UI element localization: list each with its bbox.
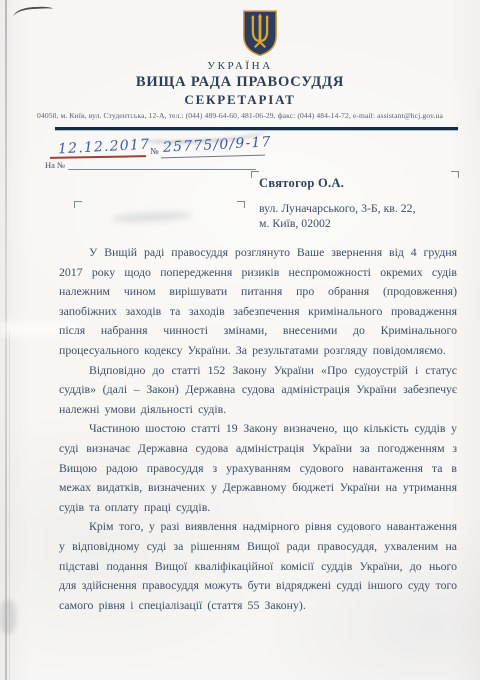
letter-body: У Вищій раді правосуддя розглянуто Ваше … bbox=[59, 243, 457, 615]
letterhead-department: СЕКРЕТАРІАТ bbox=[0, 92, 480, 108]
number-sign-label: № bbox=[150, 146, 159, 156]
recipient-address-street: вул. Луначарського, 3-Б, кв. 22, bbox=[259, 201, 416, 216]
number-underline bbox=[161, 155, 265, 159]
reply-to-number-label: На № bbox=[45, 160, 65, 170]
corner-mark-left-zone-tl bbox=[74, 201, 82, 208]
ukraine-coat-of-arms-icon bbox=[241, 9, 279, 62]
letterhead-divider-rule bbox=[55, 127, 458, 131]
recipient-name: Святогор О.А. bbox=[259, 176, 344, 191]
pen-stroke-artifact bbox=[13, 6, 54, 20]
letterhead-organization: ВИЩА РАДА ПРАВОСУДДЯ bbox=[0, 74, 480, 91]
letter-paragraph: Відповідно до статті 152 Закону України … bbox=[59, 361, 457, 420]
corner-mark-recipient-tr bbox=[451, 171, 459, 178]
smudge-artifact bbox=[112, 210, 192, 224]
corner-mark-recipient-tl bbox=[251, 171, 259, 178]
letterhead-country: УКРАЇНА bbox=[0, 60, 480, 72]
corner-mark-left-zone-tr bbox=[237, 201, 245, 208]
reply-to-number-underline bbox=[68, 169, 256, 170]
smudge-artifact bbox=[0, 600, 16, 634]
letter-paragraph: У Вищій раді правосуддя розглянуто Ваше … bbox=[59, 243, 457, 361]
recipient-address-city: м. Київ, 02002 bbox=[259, 216, 331, 231]
scanned-letter-page: УКРАЇНА ВИЩА РАДА ПРАВОСУДДЯ СЕКРЕТАРІАТ… bbox=[0, 0, 480, 680]
date-underline bbox=[50, 155, 146, 158]
handwritten-date: 12.12.2017 bbox=[58, 137, 151, 158]
letter-paragraph: Крім того, у разі виявлення надмірного р… bbox=[59, 517, 457, 615]
letterhead-contact-line: 04050, м. Київ, вул. Студентська, 12-А, … bbox=[10, 111, 470, 120]
letter-paragraph: Частиною шостою статті 19 Закону визначе… bbox=[59, 419, 457, 517]
